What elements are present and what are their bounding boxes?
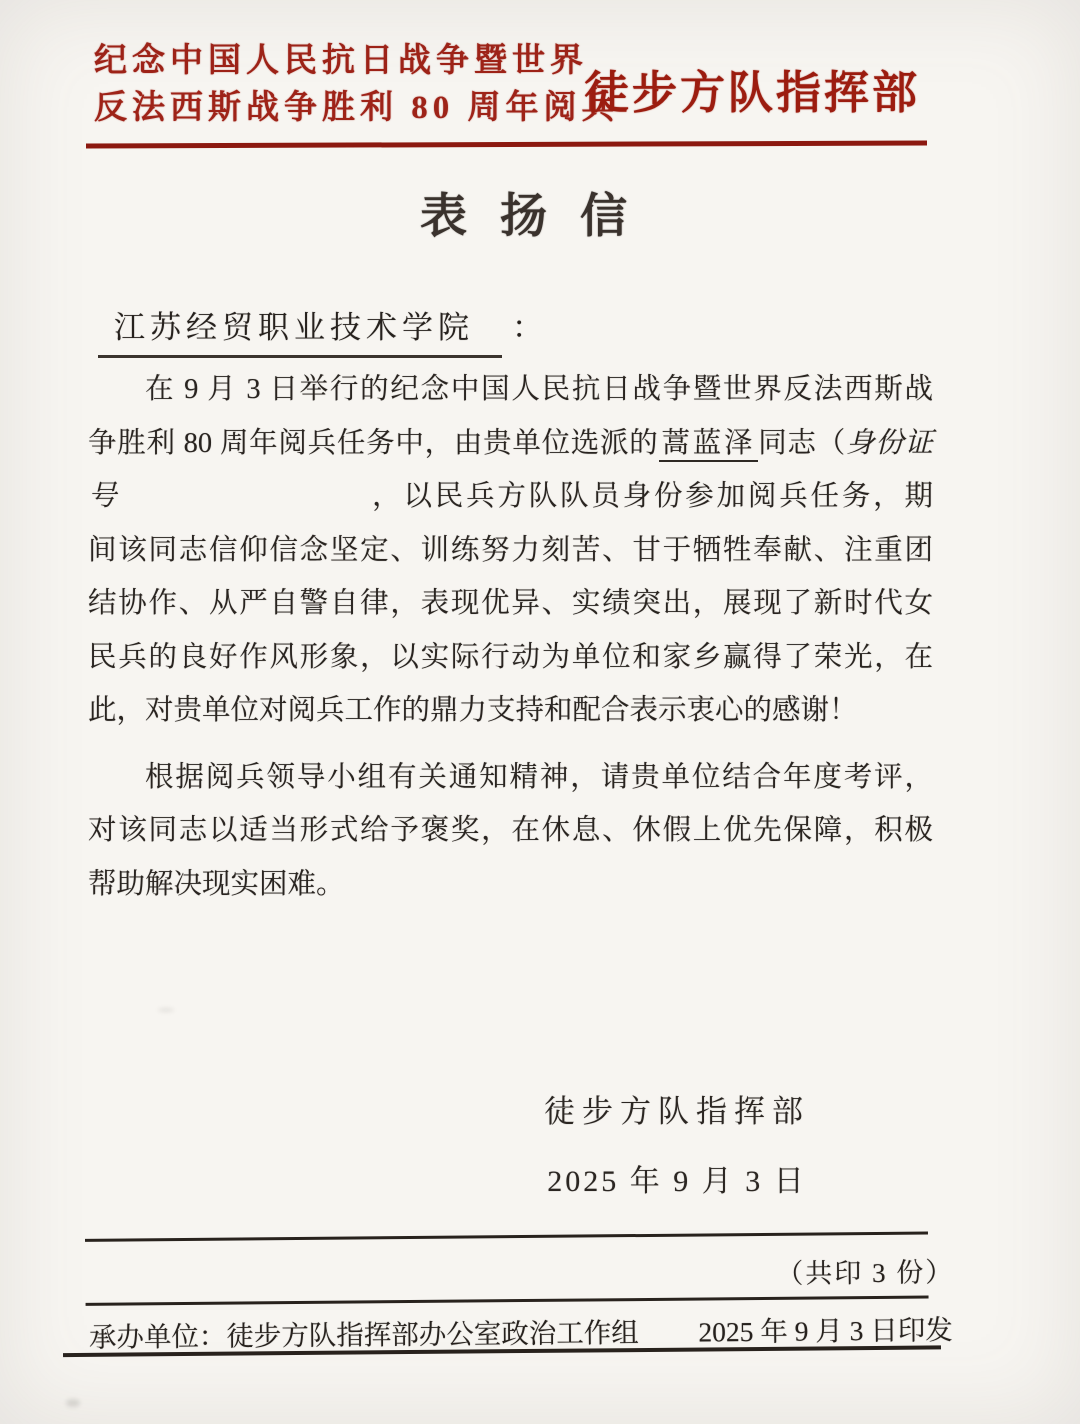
redacted-id-space [119,504,369,505]
body-line: 间该同志信仰信念坚定、训练努力刻苦、甘于牺牲奉献、注重团 [88,524,933,578]
photo-smudge [158,1008,174,1012]
id-card-label: 身份证 [846,428,933,459]
body-line: 争胜利 80 周年阅兵任务中，由贵单位选派的蒿蓝泽同志（身份证 [88,417,933,471]
footer-divider-top [85,1232,928,1242]
body-line: 民兵的良好作风形象，以实际行动为单位和家乡赢得了荣光，在 [88,631,933,685]
header-unit-name: 徒步方队指挥部 [584,56,920,121]
id-number-label: 号 [88,481,119,512]
body-segment: 同志（ [758,428,846,459]
body-line: 号，以民兵方队队员身份参加阅兵任务，期 [88,470,933,524]
body-line: 此，对贵单位对阅兵工作的鼎力支持和配合表示衷心的感谢！ [88,684,933,738]
signature-block: 徒步方队指挥部 2025 年 9 月 3 日 [497,1086,857,1200]
recipient-name: 江苏经贸职业技术学院 [98,302,502,358]
print-copies-note: （共印 3 份） [776,1250,954,1291]
body-segment: 争胜利 80 周年阅兵任务中，由贵单位选派的 [88,428,659,459]
salutation-colon: ： [512,310,543,345]
signature-date: 2025 年 9 月 3 日 [497,1156,857,1200]
red-divider [86,141,927,149]
header-org-line1: 纪念中国人民抗日战争暨世界 [94,38,620,85]
document-page: 纪念中国人民抗日战争暨世界 反法西斯战争胜利 80 周年阅兵 徒步方队指挥部 表… [0,0,1080,1424]
body-segment: ，以民兵方队队员身份参加阅兵任务，期 [369,481,933,512]
photo-smudge [66,1399,80,1407]
commended-person-name: 蒿蓝泽 [659,428,759,462]
footer-issue-date: 2025 年 9 月 3 日印发 [698,1307,953,1349]
body-line: 对该同志以适当形式给予褒奖，在休息、休假上优先保障，积极 [88,804,933,858]
letter-body: 在 9 月 3 日举行的纪念中国人民抗日战争暨世界反法西斯战 争胜利 80 周年… [88,363,933,911]
body-line: 根据阅兵领导小组有关通知精神，请贵单位结合年度考评， [88,751,933,805]
body-line: 帮助解决现实困难。 [88,858,933,912]
footer-divider-middle [86,1296,929,1306]
body-line: 结协作、从严自警自律，表现优异、实绩突出，展现了新时代女 [88,577,933,631]
letter-title: 表扬信 [0,179,1080,246]
header-org-name: 纪念中国人民抗日战争暨世界 反法西斯战争胜利 80 周年阅兵 [94,38,620,132]
signature-unit: 徒步方队指挥部 [497,1086,857,1131]
document-footer: （共印 3 份） 承办单位：徒步方队指挥部办公室政治工作组 2025 年 9 月… [0,1230,1080,1399]
body-line: 在 9 月 3 日举行的纪念中国人民抗日战争暨世界反法西斯战 [88,363,933,417]
salutation: 江苏经贸职业技术学院： [98,302,543,358]
header-org-line2: 反法西斯战争胜利 80 周年阅兵 [94,85,620,132]
